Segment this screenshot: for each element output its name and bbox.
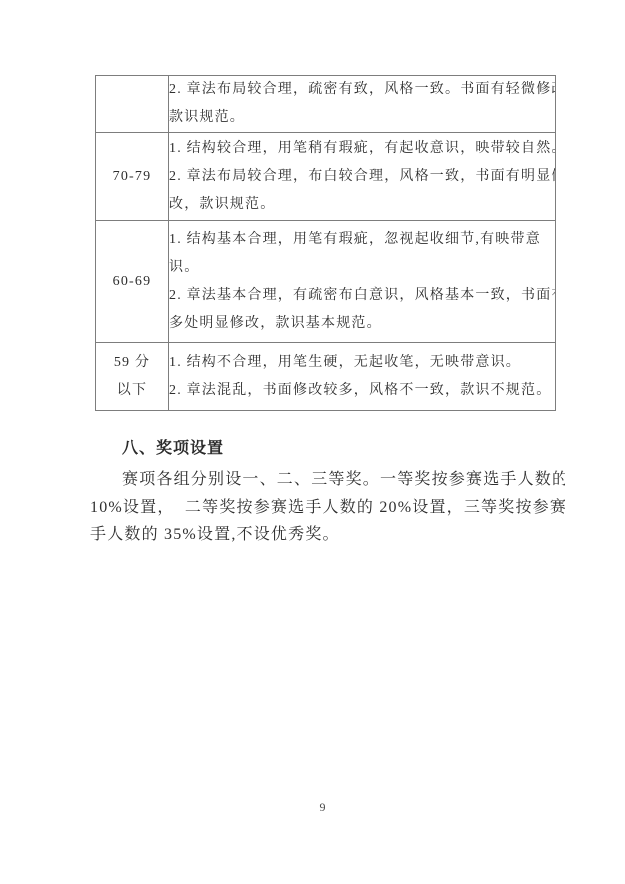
- criteria-line: 识。: [169, 254, 555, 282]
- criteria-line: 款识规范。: [169, 104, 555, 132]
- awards-section-heading: 八、奖项设置: [90, 434, 565, 464]
- score-range-cell: [96, 76, 169, 133]
- table-row: 60-69 1. 结构基本合理，用笔有瑕疵，忽视起收细节,有映带意 识。 2. …: [96, 221, 556, 343]
- score-range-text: 60-69: [96, 268, 168, 296]
- criteria-line: 2. 章法混乱，书面修改较多，风格不一致，款识不规范。: [169, 377, 555, 405]
- awards-section: 八、奖项设置 赛项各组分别设一、二、三等奖。一等奖按参赛选手人数的 10%设置，…: [90, 434, 565, 549]
- score-range-text: 59 分: [96, 349, 168, 377]
- table-row: 2. 章法布局较合理，疏密有致，风格一致。书面有轻微修改， 款识规范。: [96, 76, 556, 133]
- score-range-cell: 59 分 以下: [96, 343, 169, 411]
- criteria-cell: 1. 结构不合理，用笔生硬，无起收笔，无映带意识。 2. 章法混乱，书面修改较多…: [169, 343, 556, 411]
- criteria-line: 1. 结构较合理，用笔稍有瑕疵，有起收意识，映带较自然。: [169, 135, 555, 163]
- scoring-criteria-table: 2. 章法布局较合理，疏密有致，风格一致。书面有轻微修改， 款识规范。 70-7…: [95, 75, 556, 411]
- score-range-text: 70-79: [96, 163, 168, 191]
- criteria-line: 1. 结构基本合理，用笔有瑕疵，忽视起收细节,有映带意: [169, 226, 555, 254]
- criteria-cell: 2. 章法布局较合理，疏密有致，风格一致。书面有轻微修改， 款识规范。: [169, 76, 556, 133]
- score-range-cell: 70-79: [96, 133, 169, 221]
- page-number: 9: [0, 800, 625, 815]
- awards-paragraph: 赛项各组分别设一、二、三等奖。一等奖按参赛选手人数的 10%设置， 二等奖按参赛…: [90, 466, 565, 549]
- score-range-text: 以下: [96, 377, 168, 405]
- criteria-line: 1. 结构不合理，用笔生硬，无起收笔，无映带意识。: [169, 349, 555, 377]
- criteria-cell: 1. 结构较合理，用笔稍有瑕疵，有起收意识，映带较自然。 2. 章法布局较合理，…: [169, 133, 556, 221]
- awards-paragraph-line: 手人数的 35%设置,不设优秀奖。: [90, 521, 565, 549]
- criteria-cell: 1. 结构基本合理，用笔有瑕疵，忽视起收细节,有映带意 识。 2. 章法基本合理…: [169, 221, 556, 343]
- table-row: 59 分 以下 1. 结构不合理，用笔生硬，无起收笔，无映带意识。 2. 章法混…: [96, 343, 556, 411]
- criteria-line: 2. 章法布局较合理，疏密有致，风格一致。书面有轻微修改，: [169, 76, 555, 104]
- criteria-line: 2. 章法基本合理，有疏密布白意识，风格基本一致，书面有: [169, 282, 555, 310]
- criteria-line: 2. 章法布局较合理，布白较合理，风格一致，书面有明显修: [169, 163, 555, 191]
- criteria-line: 改，款识规范。: [169, 191, 555, 219]
- document-page: 2. 章法布局较合理，疏密有致，风格一致。书面有轻微修改， 款识规范。 70-7…: [0, 0, 625, 884]
- awards-paragraph-line: 10%设置， 二等奖按参赛选手人数的 20%设置，三等奖按参赛选: [90, 494, 565, 522]
- score-range-cell: 60-69: [96, 221, 169, 343]
- awards-paragraph-line: 赛项各组分别设一、二、三等奖。一等奖按参赛选手人数的: [90, 466, 565, 494]
- criteria-line: 多处明显修改，款识基本规范。: [169, 310, 555, 338]
- table-row: 70-79 1. 结构较合理，用笔稍有瑕疵，有起收意识，映带较自然。 2. 章法…: [96, 133, 556, 221]
